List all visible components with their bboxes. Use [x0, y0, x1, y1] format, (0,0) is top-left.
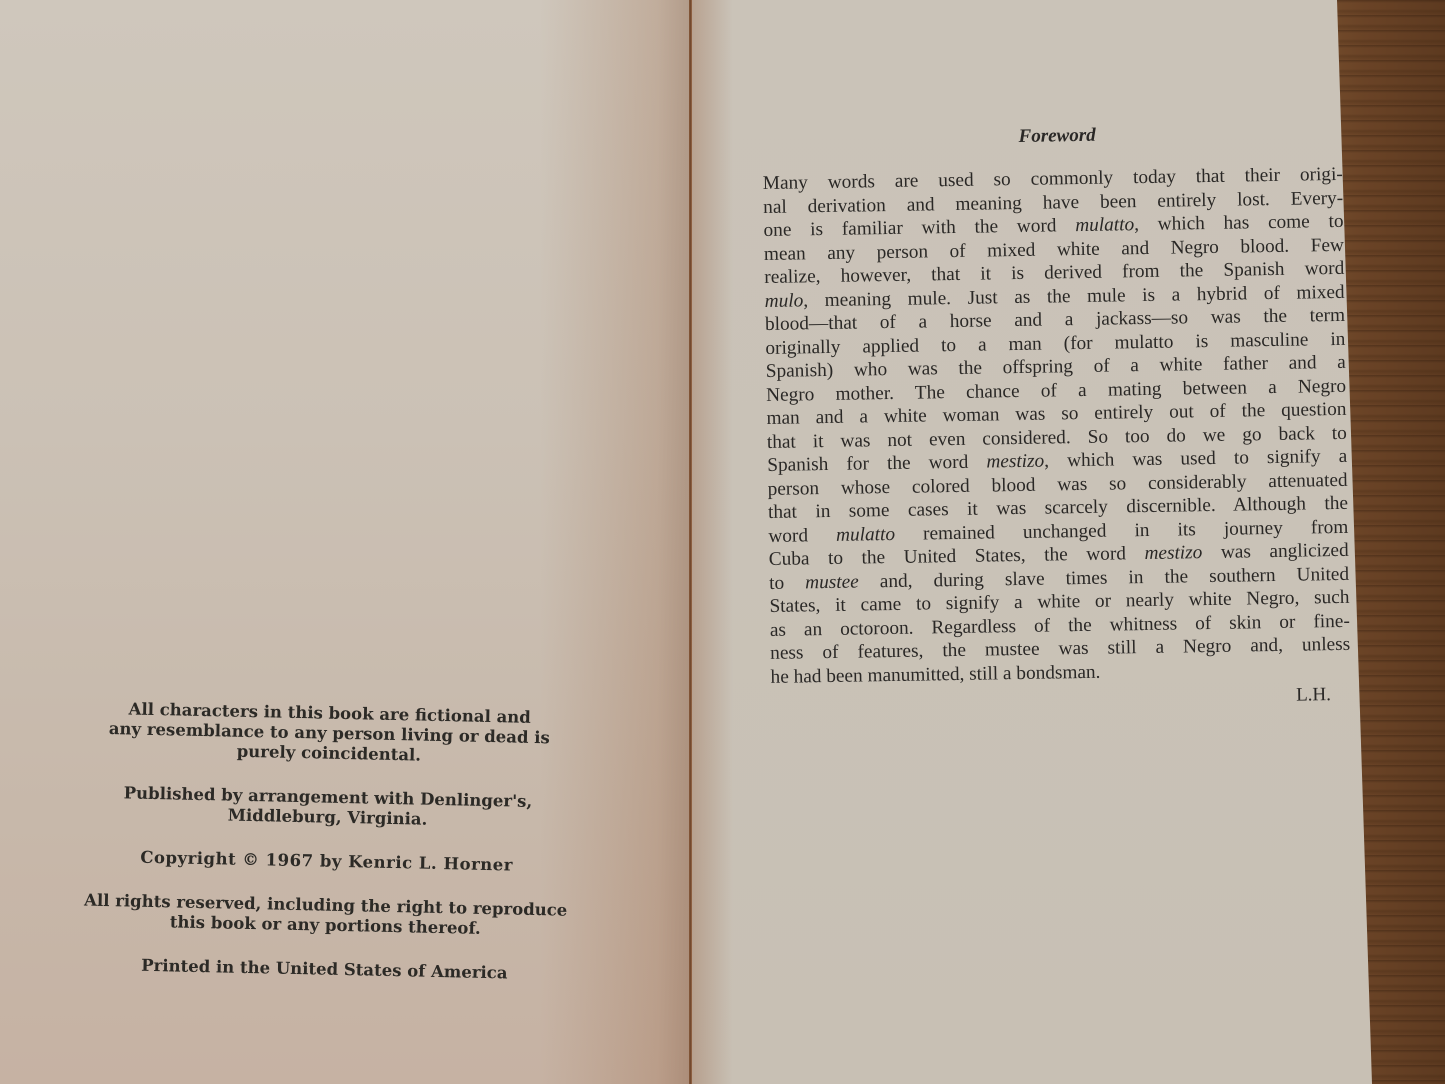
disclaimer-line: purely coincidental.	[237, 742, 422, 765]
publisher-note: Published by arrangement with Denlinger'…	[57, 782, 598, 833]
copyright-line: Copyright © 1967 by Kenric L. Horner	[56, 846, 596, 877]
left-page: All characters in this book are fictiona…	[0, 0, 692, 1084]
book-gutter	[689, 0, 692, 1084]
italic-term: mustee	[805, 571, 859, 593]
italic-term: mulatto	[1075, 214, 1134, 236]
publisher-line: Middleburg, Virginia.	[228, 806, 428, 829]
rights-reserved: All rights reserved, including the right…	[55, 890, 596, 941]
italic-term: mulo	[765, 290, 804, 312]
italic-term: mestizo	[986, 451, 1044, 473]
italic-term: mestizo	[1144, 542, 1202, 564]
foreword-section: Foreword Many words are used so commonly…	[762, 121, 1351, 715]
printed-in: Printed in the United States of America	[54, 954, 594, 985]
copyright-imprint: All characters in this book are fictiona…	[54, 698, 600, 1009]
fiction-disclaimer: All characters in this book are fictiona…	[59, 698, 600, 769]
foreword-body: Many words are used so commonly today th…	[763, 163, 1351, 689]
italic-term: mulatto	[836, 523, 895, 545]
